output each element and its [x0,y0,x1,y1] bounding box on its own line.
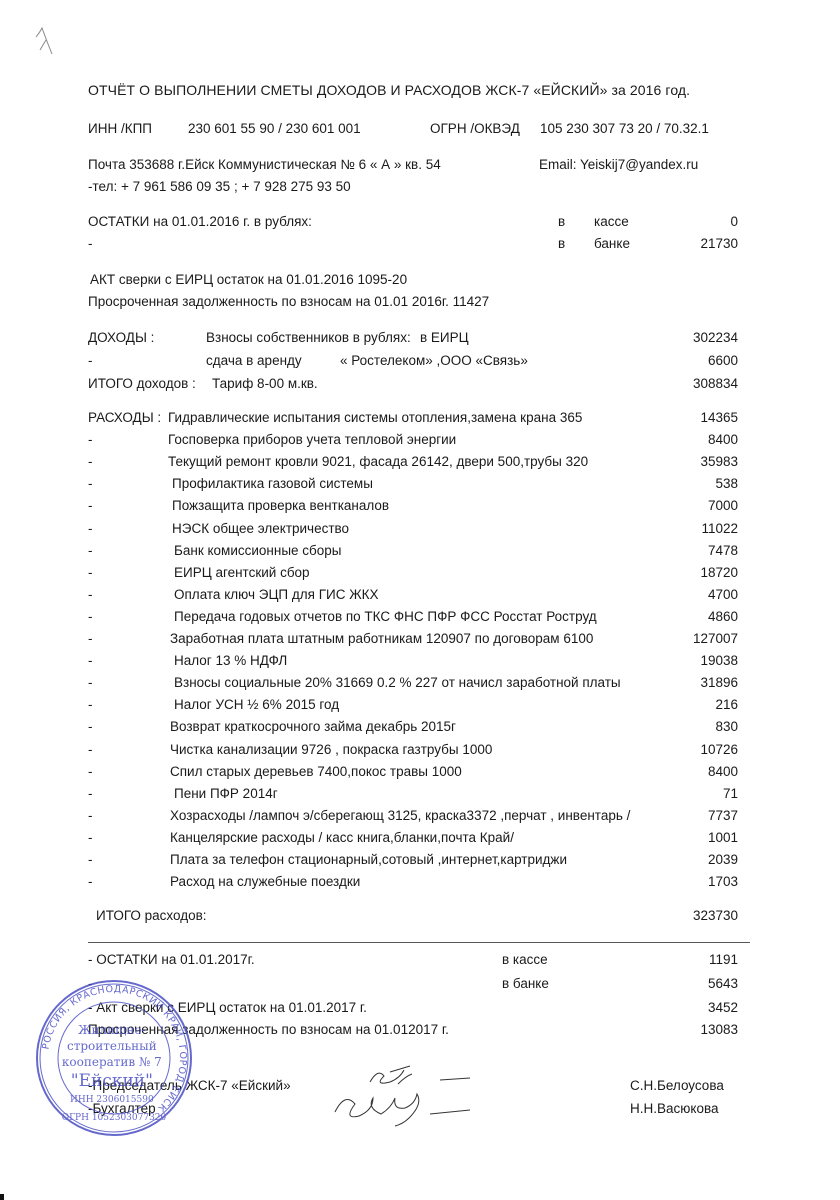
expense-row-desc: НЭСК общее электричество [172,521,349,536]
expense-row-amount: 11022 [701,521,738,536]
closing-cash-value: 1191 [709,952,738,967]
expense-row-desc: Плата за телефон стационарный,сотовый ,и… [170,852,567,867]
income-row-desc: сдача в аренду [206,353,302,368]
inn-label: ИНН /КПП [88,121,152,136]
income-row-desc: Взносы собственников в рублях: [206,330,411,345]
expense-row-prefix: - [88,476,93,491]
closing-balance-label: - ОСТАТКИ на 01.01.2017г. [88,952,255,967]
expense-row-amount: 31896 [700,675,738,690]
expense-row-amount: 7478 [708,543,738,558]
address: Почта 353688 г.Ейск Коммунистическая № 6… [88,157,441,172]
income-total-value: 308834 [693,376,738,391]
expense-row-amount: 19038 [700,653,738,668]
expense-row-desc: Хозрасходы /лампоч э/сберегающ 3125, кра… [170,808,630,823]
expense-row: -Заработная плата штатным работникам 120… [88,631,738,651]
expense-row: -Госповерка приборов учета тепловой энер… [88,432,738,452]
expense-row: -Расход на служебные поездки1703 [88,874,738,894]
eirc-act: АКТ сверки с ЕИРЦ остаток на 01.01.2016 … [90,272,407,287]
expense-row-prefix: - [88,587,93,602]
expense-row-desc: Гидравлические испытания системы отоплен… [168,410,582,425]
expenses-total-label: ИТОГО расходов: [96,908,207,923]
expense-row-prefix: - [88,521,93,536]
expense-row-desc: Госповерка приборов учета тепловой энерг… [168,432,456,447]
expense-row-prefix: - [88,830,93,845]
expense-row-prefix: - [88,675,93,690]
closing-eirc-act-value: 3452 [708,1000,738,1015]
expense-row-desc: Пени ПФР 2014г [174,786,278,801]
expense-row-desc: Налог УСН ½ 6% 2015 год [174,697,339,712]
chair-name: С.Н.Белоусова [630,1078,724,1093]
expense-row-desc: Банк комиссионные сборы [174,543,342,558]
expense-row: -Спил старых деревьев 7400,покос травы 1… [88,764,738,784]
bank-value: 21730 [700,236,738,251]
expense-row-desc: Текущий ремонт кровли 9021, фасада 26142… [168,454,588,469]
expense-row-desc: ЕИРЦ агентский сбор [174,565,310,580]
expense-row: -Хозрасходы /лампоч э/сберегающ 3125, кр… [88,808,738,828]
expense-row-desc: Передача годовых отчетов по ТКС ФНС ПФР … [174,609,597,624]
expense-row-prefix: - [88,808,93,823]
expense-row: -Налог 13 % НДФЛ19038 [88,653,738,673]
expense-row-prefix: - [88,653,93,668]
closing-bank-value: 5643 [708,976,738,991]
expense-row-desc: Возврат краткосрочного займа декабрь 201… [170,719,456,734]
expense-row: -Профилактика газовой системы538 [88,476,738,496]
expense-row-prefix: - [88,454,93,469]
expense-row: -Передача годовых отчетов по ТКС ФНС ПФР… [88,609,738,629]
dash: - [88,236,93,251]
ogrn-label: ОГРН /ОКВЭД [430,121,520,136]
expense-row: -Плата за телефон стационарный,сотовый ,… [88,852,738,872]
phones-row: -тел: + 7 961 586 09 35 ; + 7 928 275 93… [88,179,738,199]
expense-row-amount: 830 [715,719,738,734]
expenses-total-row: ИТОГО расходов: 323730 [96,908,738,928]
organization-stamp: РОССИЯ, КРАСНОДАРСКИЙ КРАЙ, ГОРОД ЕЙСК Ж… [34,978,194,1138]
opening-balance-cash-row: ОСТАТКИ на 01.01.2016 г. в рублях: в кас… [88,214,738,234]
expense-row: -Чистка канализации 9726 , покраска газт… [88,742,738,762]
expense-row: -Возврат краткосрочного займа декабрь 20… [88,719,738,739]
expense-row-desc: Чистка канализации 9726 , покраска газтр… [170,742,492,757]
expense-row-amount: 4700 [708,587,738,602]
expense-row-prefix: - [88,719,93,734]
income-row-extra: « Ростелеком» ,ООО «Связь» [340,353,528,368]
bank-label: банке [594,236,630,251]
expense-row: -Налог УСН ½ 6% 2015 год216 [88,697,738,717]
expense-row-prefix: - [88,631,93,646]
expense-row-amount: 2039 [708,852,738,867]
expense-row-desc: Оплата ключ ЭЦП для ГИС ЖКХ [174,587,379,602]
income-row: -сдача в аренду« Ростелеком» ,ООО «Связь… [88,353,738,373]
expense-row-desc: Профилактика газовой системы [172,476,373,491]
income-total-note: Тариф 8-00 м.кв. [212,376,318,391]
ogrn-value: 105 230 307 73 20 / 70.32.1 [540,121,709,136]
address-row: Почта 353688 г.Ейск Коммунистическая № 6… [88,157,738,177]
expense-row: -Взносы социальные 20% 31669 0.2 % 227 о… [88,675,738,695]
scan-edge [0,1194,4,1200]
expense-row-amount: 4860 [708,609,738,624]
expense-row-amount: 8400 [708,764,738,779]
expense-row-amount: 10726 [700,742,738,757]
expense-row: -Пени ПФР 2014г71 [88,786,738,806]
expense-row-amount: 1703 [708,874,738,889]
income-row-prefix: - [88,353,93,368]
closing-cash-label: в кассе [502,952,548,967]
expense-row-prefix: - [88,742,93,757]
expense-row-prefix: РАСХОДЫ : [88,410,161,425]
opening-eirc-act-row: АКТ сверки с ЕИРЦ остаток на 01.01.2016 … [88,272,738,292]
expense-row-amount: 14365 [700,410,738,425]
expense-row: -Банк комиссионные сборы7478 [88,543,738,563]
expense-row-prefix: - [88,498,93,513]
requisites-row: ИНН /КПП 230 601 55 90 / 230 601 001 ОГР… [88,121,738,141]
expense-row-amount: 71 [723,786,738,801]
expense-row: -НЭСК общее электричество11022 [88,521,738,541]
expense-row-prefix: - [88,764,93,779]
closing-overdue-value: 13083 [700,1022,738,1037]
expense-row-desc: Расход на служебные поездки [170,874,360,889]
expense-row: -Оплата ключ ЭЦП для ГИС ЖКХ4700 [88,587,738,607]
income-row-amount: 6600 [708,353,738,368]
expense-row-prefix: - [88,565,93,580]
income-row: ДОХОДЫ :Взносы собственников в рублях:в … [88,330,738,350]
handwritten-mark [30,22,70,72]
expense-row-amount: 18720 [700,565,738,580]
income-total-label: ИТОГО доходов : [88,376,196,391]
expense-row-amount: 216 [715,697,738,712]
closing-cash-row: - ОСТАТКИ на 01.01.2017г. в кассе 1191 [88,952,738,972]
expense-row-prefix: - [88,697,93,712]
expense-row-amount: 1001 [708,830,738,845]
cash-label: кассе [594,214,629,229]
expense-row-amount: 7737 [708,808,738,823]
expense-row-desc: Спил старых деревьев 7400,покос травы 10… [170,764,462,779]
expense-row-amount: 538 [715,476,738,491]
opening-balance-bank-row: - в банке 21730 [88,236,738,256]
handwritten-signature [330,1062,510,1132]
expense-row: -Канцелярские расходы / касс книга,бланк… [88,830,738,850]
overdue: Просроченная задолженность по взносам на… [88,294,489,309]
expense-row-amount: 35983 [700,454,738,469]
document-title: ОТЧЁТ О ВЫПОЛНЕНИИ СМЕТЫ ДОХОДОВ И РАСХО… [88,82,690,98]
expense-row-prefix: - [88,852,93,867]
bank-prefix: в [558,236,565,251]
accountant-name: Н.Н.Васюкова [630,1101,718,1116]
inn-value: 230 601 55 90 / 230 601 001 [188,121,361,136]
expense-row: -Пожзащита проверка вентканалов7000 [88,498,738,518]
expenses-total-value: 323730 [693,908,738,923]
opening-overdue-row: Просроченная задолженность по взносам на… [88,294,738,314]
phones: -тел: + 7 961 586 09 35 ; + 7 928 275 93… [88,179,351,194]
expense-row-prefix: - [88,543,93,558]
income-row-extra: в ЕИРЦ [420,330,469,345]
expense-row-desc: Канцелярские расходы / касс книга,бланки… [170,830,514,845]
expense-row: -ЕИРЦ агентский сбор18720 [88,565,738,585]
expense-row-prefix: - [88,432,93,447]
expense-row-prefix: - [88,874,93,889]
closing-bank-label: в банке [502,976,549,991]
expense-row: РАСХОДЫ :Гидравлические испытания систем… [88,410,738,430]
expense-row-amount: 127007 [693,631,738,646]
expense-row-desc: Взносы социальные 20% 31669 0.2 % 227 от… [174,675,621,690]
divider-line [88,942,750,943]
expense-row-prefix: - [88,786,93,801]
income-total-row: ИТОГО доходов : Тариф 8-00 м.кв. 308834 [88,376,738,396]
svg-text:Жилищно- строительный: Жилищно- строительный кооператив № 7 "Ей… [62,1022,167,1123]
income-row-amount: 302234 [693,330,738,345]
expense-row: -Текущий ремонт кровли 9021, фасада 2614… [88,454,738,474]
expense-row-desc: Налог 13 % НДФЛ [174,653,287,668]
expense-row-amount: 8400 [708,432,738,447]
income-row-prefix: ДОХОДЫ : [88,330,154,345]
cash-value: 0 [730,214,738,229]
email: Email: Yeiskij7@yandex.ru [539,157,698,172]
expense-row-desc: Заработная плата штатным работникам 1209… [170,631,593,646]
expense-row-desc: Пожзащита проверка вентканалов [172,498,389,513]
expense-row-amount: 7000 [708,498,738,513]
expense-row-prefix: - [88,609,93,624]
opening-balance-label: ОСТАТКИ на 01.01.2016 г. в рублях: [88,214,312,229]
cash-prefix: в [558,214,565,229]
